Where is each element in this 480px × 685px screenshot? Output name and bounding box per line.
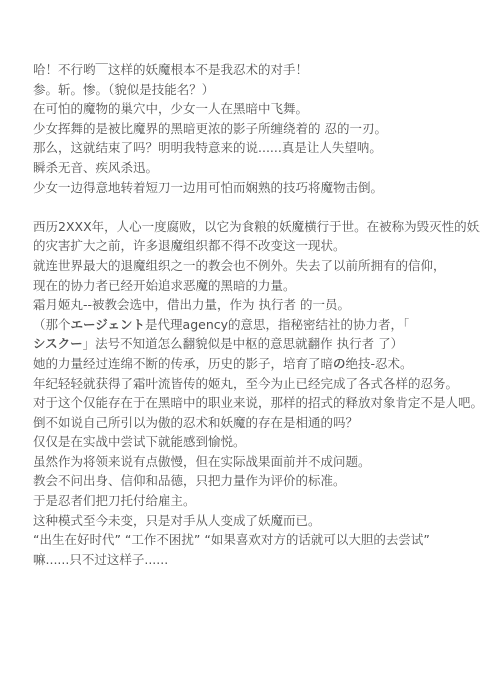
text-segment-bold: の: [333, 356, 346, 371]
text-segment: 教会不问出身、信仰和品德，只把力量作为评价的标准。: [33, 473, 346, 488]
text-segment: 在可怕的魔物的巢穴中，少女一人在黑暗中飞舞。: [33, 101, 308, 116]
text-line: 霜月姬丸--被教会选中，借出力量，作为 执行者 的一员。: [33, 295, 472, 315]
text-line: 这种模式至今未变，只是对手从人变成了妖魔而已。: [33, 511, 472, 531]
text-line: 西历2XXX年，人心一度腐败，以它为食粮的妖魔横行于世。在被称为毁灭性的妖魔: [33, 217, 472, 237]
text-segment: 仅仅是在实战中尝试下就能感到愉悦。: [33, 434, 246, 449]
text-line: “出生在好时代” “工作不困扰” “如果喜欢对方的话就可以大胆的去尝试”: [33, 530, 472, 550]
text-segment: 是代理agency的意思，指秘密结社的协力者，「: [145, 317, 409, 332]
text-segment: 少女挥舞的是被比魔界的黑暗更浓的影子所缠绕着的 忍的一刃。: [33, 121, 387, 136]
text-line: 哈！不行哟￣这样的妖魔根本不是我忍术的对手！: [33, 60, 472, 80]
text-line: 年纪轻轻就获得了霜叶流皆传的姬丸，至今为止已经完成了各式各样的忍务。: [33, 374, 472, 394]
text-line: 对于这个仅能存在于在黑暗中的职业来说，那样的招式的释放对象肯定不是人吧。: [33, 393, 472, 413]
text-segment: 的灾害扩大之前，许多退魔组织都不得不改变这一现状。: [33, 238, 346, 253]
text-line: 那么，这就结束了吗？明明我特意来的说......真是让人失望呐。: [33, 138, 472, 158]
text-segment: 西历2XXX年，人心一度腐败，以它为食粮的妖魔横行于世。在被称为毁灭性的妖魔: [33, 219, 480, 234]
text-line: 她的力量经过连绵不断的传承，历史的影子，培育了暗の绝技-忍术。: [33, 354, 472, 374]
text-line: 嘛......只不过这样子......: [33, 550, 472, 570]
text-line: 虽然作为将领来说有点傲慢，但在实际战果面前并不成问题。: [33, 452, 472, 472]
text-line: 少女一边得意地转着短刀一边用可怕而娴熟的技巧将魔物击倒。: [33, 178, 472, 198]
text-line: 的灾害扩大之前，许多退魔组织都不得不改变这一现状。: [33, 236, 472, 256]
text-segment: 绝技-忍术。: [346, 356, 413, 371]
paragraph-1: 哈！不行哟￣这样的妖魔根本不是我忍术的对手！参。斩。惨。（貌似是技能名？）在可怕…: [33, 60, 472, 197]
text-segment: 嘛......只不过这样子......: [33, 552, 168, 567]
text-line: 就连世界最大的退魔组织之一的教会也不例外。失去了以前所拥有的信仰，: [33, 256, 472, 276]
text-segment: 她的力量经过连绵不断的传承，历史的影子，培育了暗: [33, 356, 333, 371]
text-segment: 那么，这就结束了吗？明明我特意来的说......真是让人失望呐。: [33, 140, 382, 155]
text-segment: 年纪轻轻就获得了霜叶流皆传的姬丸，至今为止已经完成了各式各样的忍务。: [33, 376, 458, 391]
text-line: 教会不问出身、信仰和品德，只把力量作为评价的标准。: [33, 471, 472, 491]
text-segment: 倒不如说自己所引以为傲的忍术和妖魔的存在是相通的吗？: [33, 415, 358, 430]
text-segment: 哈！不行哟￣这样的妖魔根本不是我忍术的对手！: [33, 62, 308, 77]
text-line: 于是忍者们把刀托付给雇主。: [33, 491, 472, 511]
text-segment: 虽然作为将领来说有点傲慢，但在实际战果面前并不成问题。: [33, 454, 371, 469]
text-line: 瞬杀无音、疾风杀迅。: [33, 158, 472, 178]
text-line: 参。斩。惨。（貌似是技能名？）: [33, 80, 472, 100]
text-segment: 于是忍者们把刀托付给雇主。: [33, 493, 196, 508]
text-segment: 瞬杀无音、疾风杀迅。: [33, 160, 158, 175]
text-line: 现在的协力者已经开始追求恶魔的黑暗的力量。: [33, 276, 472, 296]
text-line: （那个エージェント是代理agency的意思，指秘密结社的协力者，「: [33, 315, 472, 335]
text-line: 少女挥舞的是被比魔界的黑暗更浓的影子所缠绕着的 忍的一刃。: [33, 119, 472, 139]
text-segment: 现在的协力者已经开始追求恶魔的黑暗的力量。: [33, 278, 296, 293]
text-segment-bold: シスクー: [33, 336, 83, 351]
text-segment: 参。斩。惨。（貌似是技能名？）: [33, 82, 214, 97]
page: { "page": { "background": "#ffffff", "te…: [0, 0, 480, 685]
text-line: 仅仅是在实战中尝试下就能感到愉悦。: [33, 432, 472, 452]
text-segment-bold: エージェント: [71, 317, 146, 332]
text-line: 在可怕的魔物的巢穴中，少女一人在黑暗中飞舞。: [33, 99, 472, 119]
text-segment: 霜月姬丸--被教会选中，借出力量，作为 执行者 的一员。: [33, 297, 350, 312]
document-body: 哈！不行哟￣这样的妖魔根本不是我忍术的对手！参。斩。惨。（貌似是技能名？）在可怕…: [0, 0, 480, 569]
text-segment: 就连世界最大的退魔组织之一的教会也不例外。失去了以前所拥有的信仰，: [33, 258, 446, 273]
text-segment: 少女一边得意地转着短刀一边用可怕而娴熟的技巧将魔物击倒。: [33, 180, 383, 195]
text-line: シスクー」法号不知道怎么翻貌似是中枢的意思就翻作 执行者 了）: [33, 334, 472, 354]
text-segment: 」法号不知道怎么翻貌似是中枢的意思就翻作 执行者 了）: [83, 336, 403, 351]
text-segment: 对于这个仅能存在于在黑暗中的职业来说，那样的招式的释放对象肯定不是人吧。: [33, 395, 480, 410]
text-segment: “出生在好时代” “工作不困扰” “如果喜欢对方的话就可以大胆的去尝试”: [33, 532, 430, 547]
text-segment: 这种模式至今未变，只是对手从人变成了妖魔而已。: [33, 513, 321, 528]
text-segment: （那个: [33, 317, 71, 332]
text-line: 倒不如说自己所引以为傲的忍术和妖魔的存在是相通的吗？: [33, 413, 472, 433]
paragraph-2: 西历2XXX年，人心一度腐败，以它为食粮的妖魔横行于世。在被称为毁灭性的妖魔的灾…: [33, 217, 472, 570]
